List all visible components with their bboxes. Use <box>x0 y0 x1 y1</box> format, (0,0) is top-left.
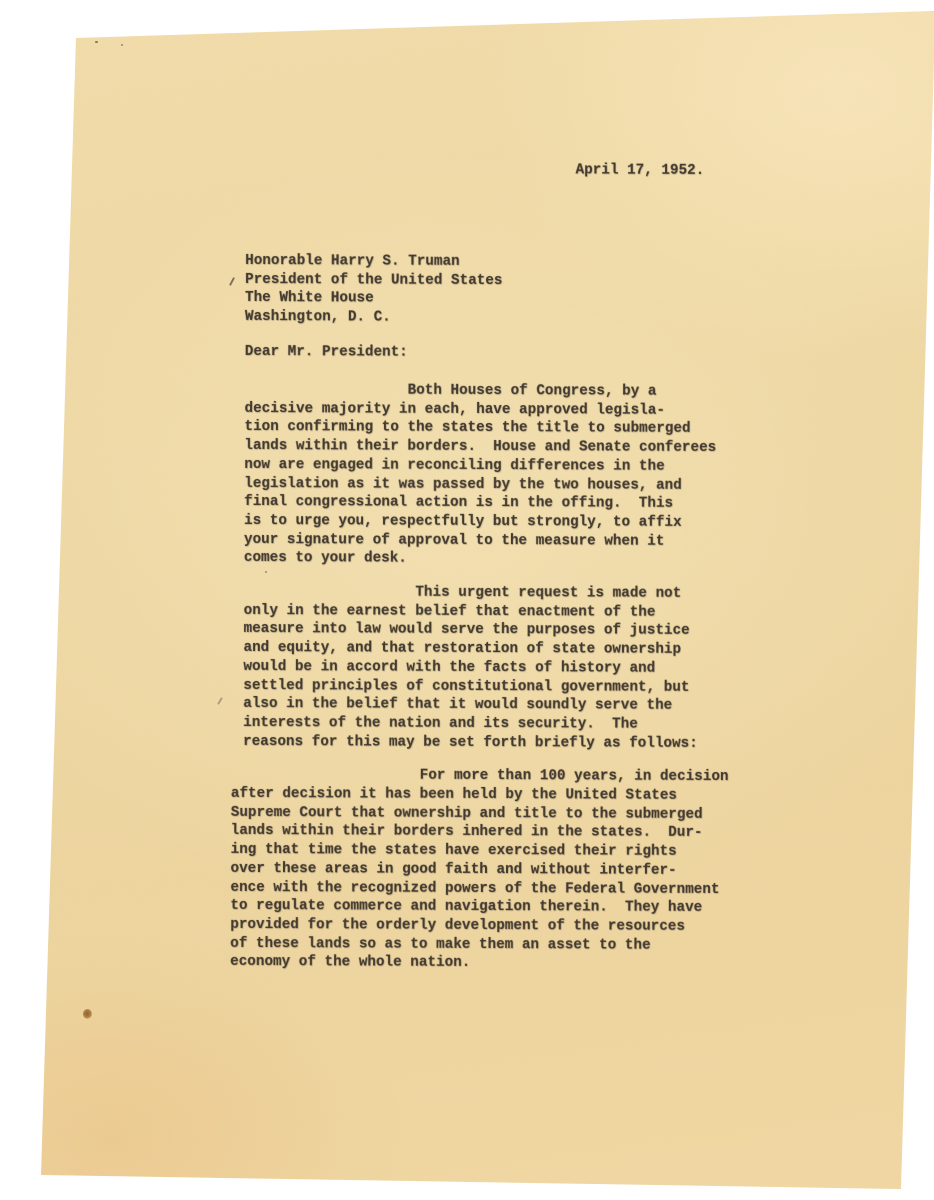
scanned-letter-page: April 17, 1952. Honorable Harry S. Truma… <box>0 0 934 1200</box>
paragraph: For more than 100 years, in decision aft… <box>230 766 729 974</box>
letter-body: Both Houses of Congress, by a decisive m… <box>242 381 730 974</box>
recipient-address: Honorable Harry S. Truman President of t… <box>245 252 503 328</box>
salutation: Dear Mr. President: <box>245 343 408 362</box>
letter-text: April 17, 1952. Honorable Harry S. Truma… <box>0 0 934 1200</box>
paragraph: This urgent request is made not only in … <box>243 583 729 753</box>
paragraph: Both Houses of Congress, by a decisive m… <box>244 381 730 570</box>
letter-date: April 17, 1952. <box>576 161 705 180</box>
